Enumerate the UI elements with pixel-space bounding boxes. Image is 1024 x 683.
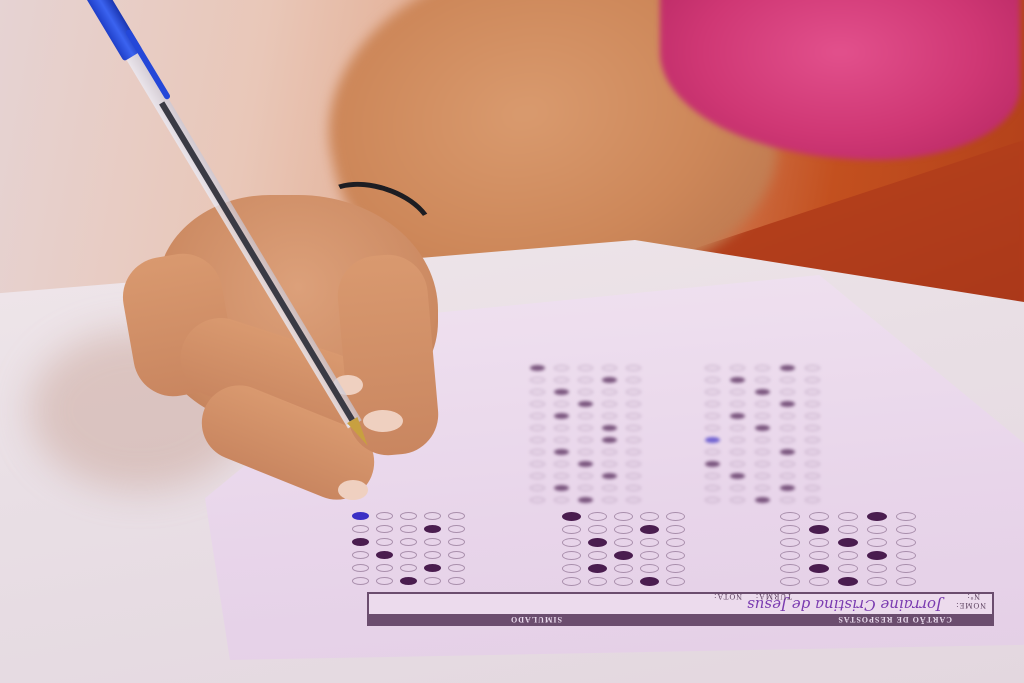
empty-bubble[interactable] [424,577,441,585]
empty-bubble[interactable] [780,577,800,586]
empty-bubble[interactable] [780,538,800,547]
empty-bubble[interactable] [626,389,641,395]
empty-bubble[interactable] [809,551,829,560]
empty-bubble[interactable] [705,425,720,431]
filled-bubble[interactable] [424,564,441,572]
empty-bubble[interactable] [352,577,369,585]
empty-bubble[interactable] [666,577,685,586]
empty-bubble[interactable] [626,377,641,383]
empty-bubble[interactable] [614,525,633,534]
answer-row [705,473,820,479]
empty-bubble[interactable] [730,389,745,395]
empty-bubble[interactable] [730,437,745,443]
empty-bubble[interactable] [578,473,593,479]
empty-bubble[interactable] [666,564,685,573]
empty-bubble[interactable] [705,401,720,407]
answer-row [530,437,641,443]
empty-bubble[interactable] [376,577,393,585]
answer-row [780,512,916,521]
empty-bubble[interactable] [805,365,820,371]
empty-bubble[interactable] [730,461,745,467]
filled-bubble[interactable] [809,525,829,534]
empty-bubble[interactable] [554,377,569,383]
empty-bubble[interactable] [780,425,795,431]
empty-bubble[interactable] [640,551,659,560]
answer-row [705,437,820,443]
empty-bubble[interactable] [705,377,720,383]
empty-bubble[interactable] [666,512,685,521]
empty-bubble[interactable] [530,437,545,443]
filled-bubble[interactable] [562,512,581,521]
empty-bubble[interactable] [809,512,829,521]
empty-bubble[interactable] [705,497,720,503]
answer-column-3-blurred [705,365,820,509]
empty-bubble[interactable] [578,449,593,455]
filled-bubble[interactable] [640,577,659,586]
answer-row [530,413,641,419]
filled-bubble[interactable] [588,538,607,547]
filled-bubble[interactable] [780,401,795,407]
empty-bubble[interactable] [755,449,770,455]
number-label: Nº: [967,592,980,601]
answer-row [352,564,465,572]
filled-bubble[interactable] [588,564,607,573]
filled-bubble[interactable] [578,401,593,407]
answer-row [562,564,685,573]
empty-bubble[interactable] [352,551,369,559]
filled-bubble[interactable] [838,577,858,586]
empty-bubble[interactable] [530,413,545,419]
filled-bubble[interactable] [867,512,887,521]
empty-bubble[interactable] [626,413,641,419]
filled-bubble[interactable] [705,437,720,443]
empty-bubble[interactable] [780,512,800,521]
answer-column-1 [352,512,465,590]
answer-row [705,425,820,431]
empty-bubble[interactable] [896,577,916,586]
empty-bubble[interactable] [867,564,887,573]
filled-bubble[interactable] [602,425,617,431]
answer-row [530,365,641,371]
filled-bubble[interactable] [755,425,770,431]
empty-bubble[interactable] [805,497,820,503]
filled-bubble[interactable] [352,538,369,546]
empty-bubble[interactable] [705,389,720,395]
empty-bubble[interactable] [626,497,641,503]
answer-row [705,449,820,455]
empty-bubble[interactable] [640,538,659,547]
answer-sheet-header: CARTÃO DE RESPOSTAS SIMULADO NOME: Jorra… [367,592,994,626]
answer-row [705,461,820,467]
empty-bubble[interactable] [578,425,593,431]
answer-row [530,485,641,491]
finger-nail [338,480,368,500]
empty-bubble[interactable] [809,577,829,586]
filled-bubble[interactable] [780,365,795,371]
empty-bubble[interactable] [730,365,745,371]
empty-bubble[interactable] [705,413,720,419]
empty-bubble[interactable] [805,413,820,419]
empty-bubble[interactable] [554,401,569,407]
empty-bubble[interactable] [730,497,745,503]
empty-bubble[interactable] [666,551,685,560]
filled-bubble[interactable] [730,473,745,479]
empty-bubble[interactable] [554,473,569,479]
empty-bubble[interactable] [562,564,581,573]
empty-bubble[interactable] [780,564,800,573]
filled-bubble[interactable] [730,413,745,419]
empty-bubble[interactable] [424,551,441,559]
answer-row [705,401,820,407]
empty-bubble[interactable] [588,512,607,521]
answer-row [352,577,465,585]
answer-row [530,449,641,455]
empty-bubble[interactable] [602,401,617,407]
empty-bubble[interactable] [530,449,545,455]
empty-bubble[interactable] [578,389,593,395]
empty-bubble[interactable] [602,497,617,503]
filled-bubble[interactable] [424,525,441,533]
filled-bubble[interactable] [705,461,720,467]
empty-bubble[interactable] [400,551,417,559]
filled-bubble[interactable] [867,551,887,560]
answer-row [352,551,465,559]
empty-bubble[interactable] [805,485,820,491]
empty-bubble[interactable] [578,365,593,371]
filled-bubble[interactable] [730,377,745,383]
answer-row [530,497,641,503]
filled-bubble[interactable] [376,551,393,559]
empty-bubble[interactable] [448,525,465,533]
empty-bubble[interactable] [705,485,720,491]
empty-bubble[interactable] [805,437,820,443]
empty-bubble[interactable] [705,473,720,479]
filled-bubble[interactable] [780,485,795,491]
header-bar: CARTÃO DE RESPOSTAS SIMULADO [369,614,992,624]
answer-row [705,497,820,503]
empty-bubble[interactable] [530,497,545,503]
empty-bubble[interactable] [602,413,617,419]
empty-bubble[interactable] [666,525,685,534]
empty-bubble[interactable] [896,538,916,547]
empty-bubble[interactable] [614,538,633,547]
filled-bubble[interactable] [755,389,770,395]
filled-bubble[interactable] [554,485,569,491]
empty-bubble[interactable] [578,437,593,443]
empty-bubble[interactable] [578,413,593,419]
answer-row [705,377,820,383]
empty-bubble[interactable] [730,449,745,455]
empty-bubble[interactable] [626,449,641,455]
answer-column-3 [780,512,916,590]
empty-bubble[interactable] [626,473,641,479]
empty-bubble[interactable] [780,525,800,534]
empty-bubble[interactable] [809,538,829,547]
sheet-title: CARTÃO DE RESPOSTAS [837,615,952,624]
empty-bubble[interactable] [448,564,465,572]
empty-bubble[interactable] [640,564,659,573]
empty-bubble[interactable] [626,425,641,431]
empty-bubble[interactable] [602,461,617,467]
empty-bubble[interactable] [376,564,393,572]
answer-row [780,577,916,586]
empty-bubble[interactable] [780,461,795,467]
filled-bubble[interactable] [554,413,569,419]
empty-bubble[interactable] [805,461,820,467]
answer-row [352,525,465,533]
empty-bubble[interactable] [780,413,795,419]
empty-bubble[interactable] [805,473,820,479]
empty-bubble[interactable] [448,512,465,520]
empty-bubble[interactable] [780,473,795,479]
empty-bubble[interactable] [805,389,820,395]
empty-bubble[interactable] [838,512,858,521]
filled-bubble[interactable] [602,473,617,479]
empty-bubble[interactable] [554,365,569,371]
empty-bubble[interactable] [400,525,417,533]
empty-bubble[interactable] [755,437,770,443]
answer-row [530,401,641,407]
empty-bubble[interactable] [530,425,545,431]
empty-bubble[interactable] [602,449,617,455]
grade-label: NOTA: [713,592,742,601]
empty-bubble[interactable] [780,377,795,383]
answer-row [780,551,916,560]
empty-bubble[interactable] [896,551,916,560]
empty-bubble[interactable] [554,437,569,443]
empty-bubble[interactable] [867,525,887,534]
empty-bubble[interactable] [352,564,369,572]
empty-bubble[interactable] [705,449,720,455]
empty-bubble[interactable] [640,512,659,521]
empty-bubble[interactable] [530,473,545,479]
answer-row [562,538,685,547]
empty-bubble[interactable] [755,473,770,479]
answer-row [352,538,465,546]
answer-row [530,389,641,395]
empty-bubble[interactable] [896,525,916,534]
filled-bubble[interactable] [809,564,829,573]
empty-bubble[interactable] [562,538,581,547]
filled-bubble[interactable] [838,538,858,547]
empty-bubble[interactable] [755,365,770,371]
empty-bubble[interactable] [780,437,795,443]
empty-bubble[interactable] [626,401,641,407]
empty-bubble[interactable] [666,538,685,547]
empty-bubble[interactable] [896,512,916,521]
empty-bubble[interactable] [602,389,617,395]
answer-row [705,485,820,491]
sheet-subtitle: SIMULADO [510,615,562,624]
filled-bubble[interactable] [640,525,659,534]
empty-bubble[interactable] [530,401,545,407]
empty-bubble[interactable] [626,437,641,443]
answer-column-2 [562,512,685,590]
filled-bubble[interactable] [602,377,617,383]
answer-row [562,551,685,560]
empty-bubble[interactable] [805,377,820,383]
answer-row [780,525,916,534]
empty-bubble[interactable] [578,485,593,491]
empty-bubble[interactable] [730,485,745,491]
answer-row [705,365,820,371]
filled-bubble[interactable] [400,577,417,585]
empty-bubble[interactable] [424,538,441,546]
empty-bubble[interactable] [805,401,820,407]
empty-bubble[interactable] [530,461,545,467]
answer-row [530,425,641,431]
empty-bubble[interactable] [530,377,545,383]
empty-bubble[interactable] [578,377,593,383]
empty-bubble[interactable] [805,425,820,431]
empty-bubble[interactable] [400,564,417,572]
empty-bubble[interactable] [705,365,720,371]
empty-bubble[interactable] [614,512,633,521]
filled-bubble[interactable] [530,365,545,371]
empty-bubble[interactable] [588,551,607,560]
empty-bubble[interactable] [838,564,858,573]
filled-bubble[interactable] [578,461,593,467]
filled-bubble[interactable] [614,551,633,560]
empty-bubble[interactable] [755,485,770,491]
empty-bubble[interactable] [614,564,633,573]
empty-bubble[interactable] [838,525,858,534]
answer-row [562,525,685,534]
empty-bubble[interactable] [730,425,745,431]
empty-bubble[interactable] [780,389,795,395]
empty-bubble[interactable] [448,538,465,546]
empty-bubble[interactable] [755,401,770,407]
empty-bubble[interactable] [867,538,887,547]
empty-bubble[interactable] [614,577,633,586]
empty-bubble[interactable] [400,538,417,546]
answer-row [530,377,641,383]
empty-bubble[interactable] [562,525,581,534]
empty-bubble[interactable] [562,551,581,560]
answer-row [780,564,916,573]
name-label: NOME: [955,601,986,610]
empty-bubble[interactable] [562,577,581,586]
empty-bubble[interactable] [554,461,569,467]
answer-row [705,389,820,395]
empty-bubble[interactable] [805,449,820,455]
empty-bubble[interactable] [448,577,465,585]
empty-bubble[interactable] [626,485,641,491]
answer-row [562,512,685,521]
empty-bubble[interactable] [530,389,545,395]
empty-bubble[interactable] [838,551,858,560]
empty-bubble[interactable] [867,577,887,586]
empty-bubble[interactable] [602,365,617,371]
empty-bubble[interactable] [376,538,393,546]
answer-row [705,413,820,419]
filled-bubble[interactable] [554,389,569,395]
empty-bubble[interactable] [626,365,641,371]
empty-bubble[interactable] [554,425,569,431]
empty-bubble[interactable] [530,485,545,491]
empty-bubble[interactable] [755,377,770,383]
empty-bubble[interactable] [588,525,607,534]
empty-bubble[interactable] [780,497,795,503]
answer-row [562,577,685,586]
filled-bubble[interactable] [755,497,770,503]
answer-column-2-blurred [530,365,641,509]
class-label: TURMA: [755,592,792,601]
empty-bubble[interactable] [554,497,569,503]
empty-bubble[interactable] [896,564,916,573]
empty-bubble[interactable] [448,551,465,559]
answer-row [780,538,916,547]
empty-bubble[interactable] [376,525,393,533]
answer-row [530,473,641,479]
empty-bubble[interactable] [588,577,607,586]
answer-row [530,461,641,467]
empty-bubble[interactable] [755,413,770,419]
empty-bubble[interactable] [780,551,800,560]
empty-bubble[interactable] [755,461,770,467]
filled-bubble[interactable] [554,449,569,455]
filled-bubble[interactable] [602,437,617,443]
filled-bubble[interactable] [780,449,795,455]
empty-bubble[interactable] [602,485,617,491]
empty-bubble[interactable] [352,525,369,533]
empty-bubble[interactable] [626,461,641,467]
filled-bubble[interactable] [578,497,593,503]
empty-bubble[interactable] [730,401,745,407]
photo-scene: CARTÃO DE RESPOSTAS SIMULADO NOME: Jorra… [0,0,1024,683]
